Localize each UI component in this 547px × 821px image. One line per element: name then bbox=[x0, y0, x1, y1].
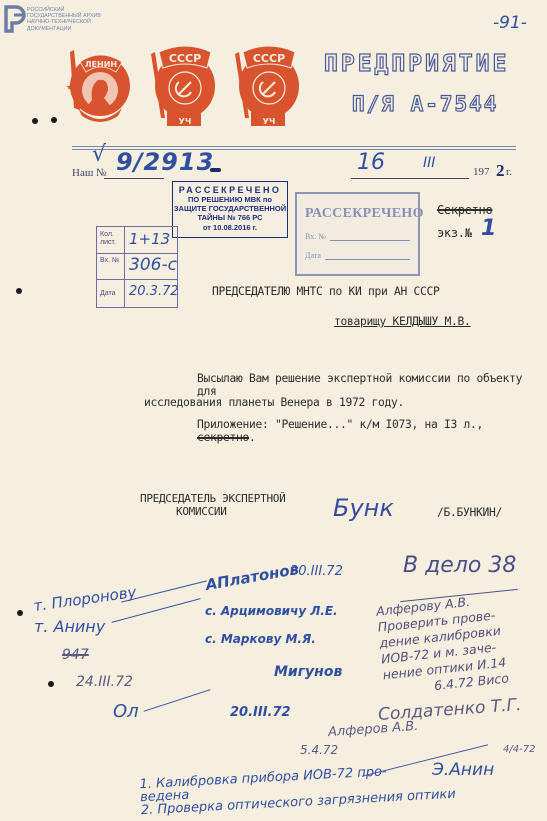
initials-left: Ол bbox=[113, 701, 139, 722]
struck-number: 947 bbox=[62, 647, 89, 663]
date-month: III bbox=[423, 155, 435, 171]
routing-artsimovich: с. Арцимовичу Л.Е. bbox=[205, 604, 338, 618]
our-number-underline bbox=[104, 178, 164, 179]
secret-struck: Секретно bbox=[437, 203, 492, 217]
date-left: 24.III.72 bbox=[76, 674, 133, 690]
incoming-date: 20.3.72 bbox=[129, 284, 179, 299]
dash-mark bbox=[210, 168, 221, 172]
org-name: ПРЕДПРИЯТИЕ bbox=[324, 51, 509, 77]
routing-stroke-3 bbox=[144, 689, 211, 712]
signatory-title-1: ПРЕДСЕДАТЕЛЬ ЭКСПЕРТНОЙ bbox=[140, 492, 285, 505]
svg-text:УЧ: УЧ bbox=[179, 117, 192, 126]
addressee-line-1: ПРЕДСЕДАТЕЛЮ МНТС по КИ при АН СССР bbox=[212, 285, 440, 298]
year-unit: г. bbox=[506, 166, 512, 178]
date-platonov: 30.III.72 bbox=[290, 564, 343, 579]
copy-value: 1 bbox=[481, 216, 496, 241]
date-right: 4/4-72 bbox=[503, 744, 535, 755]
punch-dot-5 bbox=[48, 681, 54, 687]
notes-block: 1. Калибровка прибора ИОВ-72 про- ведена… bbox=[139, 762, 456, 817]
punch-dot-3 bbox=[16, 288, 22, 294]
date-day: 16 bbox=[357, 150, 385, 175]
archive-name: РОССИЙСКИЙ ГОСУДАРСТВЕННЫЙ АРХИВ НАУЧНО-… bbox=[27, 7, 101, 32]
routing-platonov: т. Плоронову bbox=[32, 583, 137, 615]
handwritten-signature: Бунк bbox=[333, 494, 394, 522]
org-box-number: П/Я А-7544 bbox=[352, 92, 498, 116]
signatory-title-2: КОМИССИИ bbox=[176, 505, 227, 518]
date-underline bbox=[351, 178, 469, 179]
incoming-register-box: Кол. лист. 1+13 Вх. № 306-с Дата 20.3.72 bbox=[96, 226, 178, 308]
year-suffix: 2 bbox=[496, 161, 505, 181]
body-line-2: исследования планеты Венера в 1972 году. bbox=[144, 396, 404, 409]
body-line-1: Высылаю Вам решение экспертной комиссии … bbox=[197, 372, 547, 398]
page-number: -91- bbox=[493, 13, 527, 33]
document-page: РОССИЙСКИЙ ГОСУДАРСТВЕННЫЙ АРХИВ НАУЧНО-… bbox=[0, 0, 547, 821]
year-prefix: 197 bbox=[473, 166, 490, 178]
archive-logo-icon bbox=[4, 5, 28, 33]
punch-dot-1 bbox=[32, 118, 38, 124]
note-alferov: Алферов А.В. bbox=[328, 719, 419, 740]
copy-label: экз.№ bbox=[437, 226, 472, 240]
incoming-number: 306-с bbox=[129, 255, 177, 275]
svg-text:УЧ: УЧ bbox=[263, 117, 276, 126]
to-file-note: В дело 38 bbox=[403, 553, 516, 578]
date-alferov: 5.4.72 bbox=[300, 743, 338, 757]
attachment-line: Приложение: "Решение..." к/м I073, на I3… bbox=[197, 418, 547, 444]
routing-markov: с. Маркову М.Я. bbox=[205, 632, 316, 646]
svg-text:СССР: СССР bbox=[169, 52, 201, 65]
signature-migunov: Мигунов bbox=[274, 664, 342, 680]
declassified-stamp: РАССЕКРЕЧЕНО ПО РЕШЕНИЮ МВК по ЗАЩИТЕ ГО… bbox=[172, 181, 288, 238]
svg-text:СССР: СССР bbox=[253, 52, 285, 65]
punch-dot-4 bbox=[17, 610, 23, 616]
order-of-lenin-icon: ЛЕНИН bbox=[60, 38, 136, 130]
svg-text:ЛЕНИН: ЛЕНИН bbox=[85, 60, 117, 69]
sheet-count: 1+13 bbox=[129, 230, 170, 248]
date-label: Дата bbox=[305, 251, 321, 260]
order-red-banner-icon-2: СССР УЧ bbox=[229, 38, 305, 130]
our-number-value: 9/2913 bbox=[116, 148, 214, 176]
check-mark: √ bbox=[92, 142, 106, 167]
pencil-instruction: Алферову А.В. Проверить прове- дение кал… bbox=[375, 591, 509, 700]
order-red-banner-icon-1: СССР УЧ bbox=[145, 38, 221, 130]
signature-platonov: АПлатонов bbox=[204, 560, 300, 594]
punch-dot-2 bbox=[51, 117, 57, 123]
routing-anin: т. Анину bbox=[34, 617, 105, 636]
signatory-name: /Б.БУНКИН/ bbox=[437, 506, 502, 519]
declassified-stamp-2: РАССЕКРЕЧЕНО Вх. № Дата bbox=[295, 192, 420, 276]
incoming-label: Вх. № bbox=[305, 232, 326, 241]
our-number-label: Наш № bbox=[72, 167, 107, 179]
header-rule-1 bbox=[72, 146, 516, 147]
addressee-line-2: товарищу КЕЛДЫШУ М.В. bbox=[334, 315, 471, 328]
date-mid: 20.III.72 bbox=[230, 705, 291, 720]
